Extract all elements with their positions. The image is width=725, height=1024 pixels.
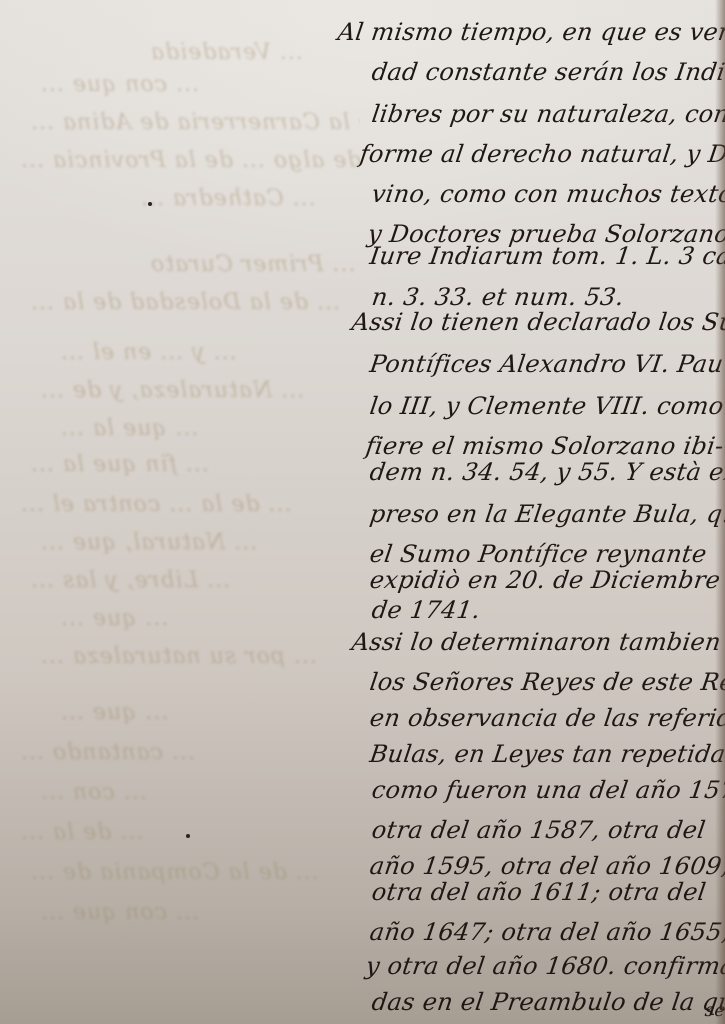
text-line: das en el Preambulo de la que — [370, 988, 725, 1016]
bleed-line: ... cantando ... — [20, 740, 195, 765]
text-line: vino, como con muchos textos, — [370, 180, 725, 208]
text-line: como fueron una del año 1570, — [370, 776, 725, 804]
text-line: dem n. 34. 54, y 55. Y està ex- — [368, 458, 725, 486]
text-line: el Sumo Pontífice reynante — [368, 540, 709, 568]
bleed-line: ... de la Dolesdad de la ... — [30, 290, 340, 315]
bleed-line: ... Libre, y las ... — [30, 568, 230, 593]
ink-spot — [186, 834, 190, 838]
text-line: Al mismo tiempo, en que es ver- — [336, 18, 725, 46]
bleed-line: ... Natural, que ... — [40, 530, 257, 555]
bleed-line: ... de la ... — [20, 820, 143, 845]
text-line: de 1741. — [370, 596, 482, 624]
bleed-line: ... por su naturaleza ... — [40, 644, 317, 669]
text-line: otra del año 1587, otra del — [370, 816, 707, 844]
catchword: se — [704, 1000, 725, 1021]
bleed-line: ... fin que la ... — [30, 452, 209, 477]
text-line: Assi lo determinaron tambien — [350, 628, 723, 656]
text-line: Bulas, en Leyes tan repetidas, — [368, 740, 725, 768]
text-line: Assi lo tienen declarado los Sumos — [350, 308, 725, 336]
text-line: en observancia de las referidas — [368, 704, 725, 732]
bleed-line: ... Cathedra ... — [140, 186, 316, 211]
bleed-line: ... de la Compania de ... — [30, 860, 319, 885]
bleed-line: ... que ... — [60, 700, 168, 725]
bleed-line: ... que ... — [60, 606, 168, 631]
bleed-line: ... con que ... — [40, 72, 199, 97]
bleed-line: ... que la ... — [60, 416, 198, 441]
bleed-line: ... con ... — [40, 780, 147, 805]
text-line: lo III, y Clemente VIII. como re- — [368, 392, 725, 420]
bleed-line: ... Naturaleza, y de ... — [40, 378, 304, 403]
text-line: año 1595, otra del año 1609, — [368, 852, 725, 880]
text-line: y otra del año 1680. confirma- — [364, 952, 725, 980]
bleed-line: ... Veradeida — [150, 40, 303, 65]
bleed-line: ... de la Carnerreria de Adina ... — [30, 110, 360, 135]
bleed-line: ... Primer Curato — [150, 252, 355, 277]
bleed-line: ... de la ... contra el ... — [20, 492, 291, 517]
bleed-through-text: ... Veradeida ... con que ... ... de la … — [0, 0, 360, 1024]
text-line: n. 3. 33. et num. 53. — [370, 283, 626, 311]
text-line: año 1647; otra del año 1655, — [368, 918, 725, 946]
text-line: otra del año 1611; otra del — [370, 878, 708, 906]
text-line: Pontífices Alexandro VI. Pau= — [368, 350, 725, 378]
text-line: los Señores Reyes de este Reyno — [368, 668, 725, 696]
text-line: dad constante serán los Indios — [370, 58, 725, 86]
text-line: preso en la Elegante Bula, q. — [368, 500, 725, 528]
text-line: fiere el mismo Solorzano ibi- — [364, 432, 725, 460]
text-line: forme al derecho natural, y Di- — [358, 140, 725, 168]
text-line: libres por su naturaleza, con- — [370, 100, 725, 128]
bleed-line: ... con que ... — [40, 900, 199, 925]
manuscript-text: Al mismo tiempo, en que es ver- dad cons… — [330, 0, 725, 1024]
bleed-line: ... y ... en el ... — [60, 340, 237, 365]
text-line: Iure Indiarum tom. 1. L. 3 cap. 1 — [368, 242, 725, 270]
text-line: expidiò en 20. de Diciembre — [368, 566, 722, 594]
bleed-line: ... de algo ... de la Provincia ... — [20, 148, 360, 173]
ink-spot — [148, 202, 152, 206]
manuscript-page: ... Veradeida ... con que ... ... de la … — [0, 0, 725, 1024]
